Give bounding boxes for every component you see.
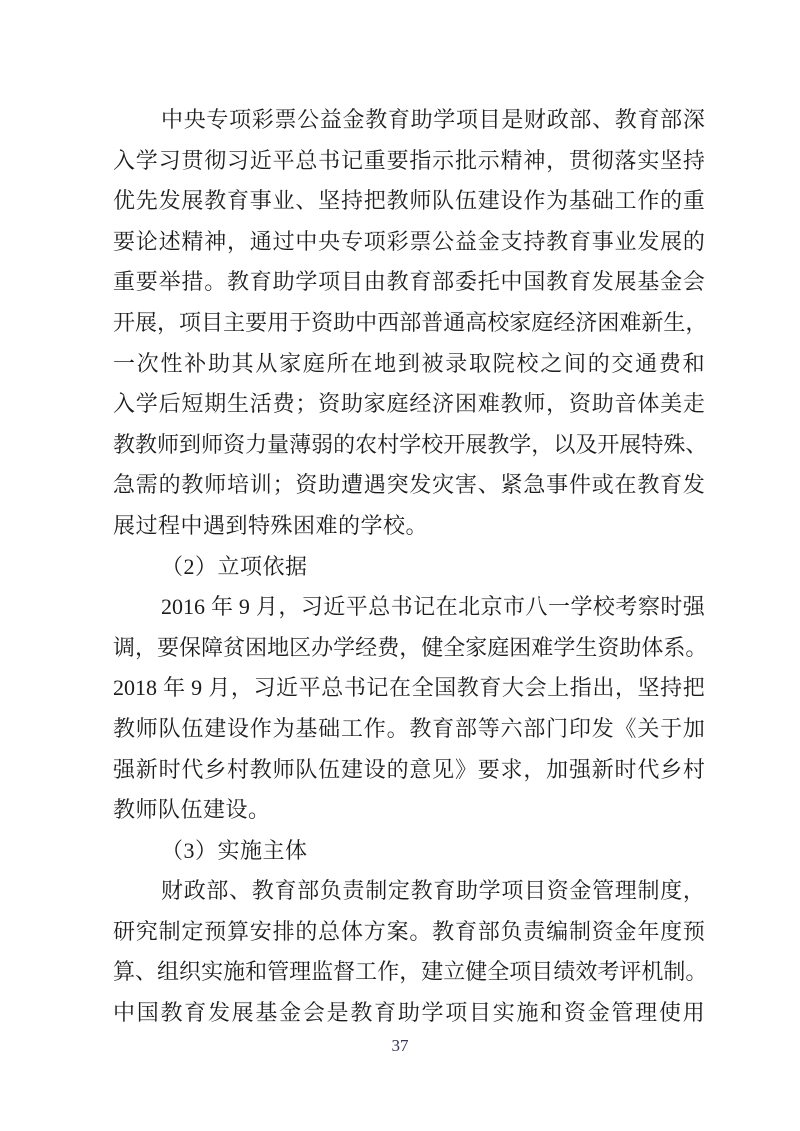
text-line: （2）立项依据 (113, 547, 705, 588)
text-line: 2016 年 9 月，习近平总书记在北京市八一学校考察时强 (113, 587, 705, 628)
text-line: 调，要保障贫困地区办学经费，健全家庭困难学生资助体系。 (113, 628, 705, 669)
text-line: 入学后短期生活费；资助家庭经济困难教师，资助音体美走 (113, 384, 705, 425)
page-number: 37 (0, 1036, 800, 1056)
text-line: 教教师到师资力量薄弱的农村学校开展教学，以及开展特殊、 (113, 425, 705, 466)
text-line: 中央专项彩票公益金教育助学项目是财政部、教育部深 (113, 100, 705, 141)
text-block: 中央专项彩票公益金教育助学项目是财政部、教育部深入学习贯彻习近平总书记重要指示批… (113, 100, 705, 1034)
text-line: 一次性补助其从家庭所在地到被录取院校之间的交通费和 (113, 344, 705, 385)
text-line: 研究制定预算安排的总体方案。教育部负责编制资金年度预 (113, 912, 705, 953)
text-line: 重要举措。教育助学项目由教育部委托中国教育发展基金会 (113, 262, 705, 303)
text-line: 急需的教师培训；资助遭遇突发灾害、紧急事件或在教育发 (113, 465, 705, 506)
document-page: 中央专项彩票公益金教育助学项目是财政部、教育部深入学习贯彻习近平总书记重要指示批… (0, 0, 800, 1131)
text-line: （3）实施主体 (113, 831, 705, 872)
text-line: 优先发展教育事业、坚持把教师队伍建设作为基础工作的重 (113, 181, 705, 222)
text-line: 要论述精神，通过中央专项彩票公益金支持教育事业发展的 (113, 222, 705, 263)
text-line: 教师队伍建设作为基础工作。教育部等六部门印发《关于加 (113, 709, 705, 750)
text-line: 财政部、教育部负责制定教育助学项目资金管理制度， (113, 871, 705, 912)
text-line: 强新时代乡村教师队伍建设的意见》要求，加强新时代乡村 (113, 750, 705, 791)
text-line: 算、组织实施和管理监督工作，建立健全项目绩效考评机制。 (113, 952, 705, 993)
text-line: 入学习贯彻习近平总书记重要指示批示精神，贯彻落实坚持 (113, 141, 705, 182)
text-line: 教师队伍建设。 (113, 790, 705, 831)
text-line: 开展，项目主要用于资助中西部普通高校家庭经济困难新生， (113, 303, 705, 344)
text-line: 中国教育发展基金会是教育助学项目实施和资金管理使用 (113, 993, 705, 1034)
text-line: 2018 年 9 月，习近平总书记在全国教育大会上指出，坚持把 (113, 668, 705, 709)
text-line: 展过程中遇到特殊困难的学校。 (113, 506, 705, 547)
